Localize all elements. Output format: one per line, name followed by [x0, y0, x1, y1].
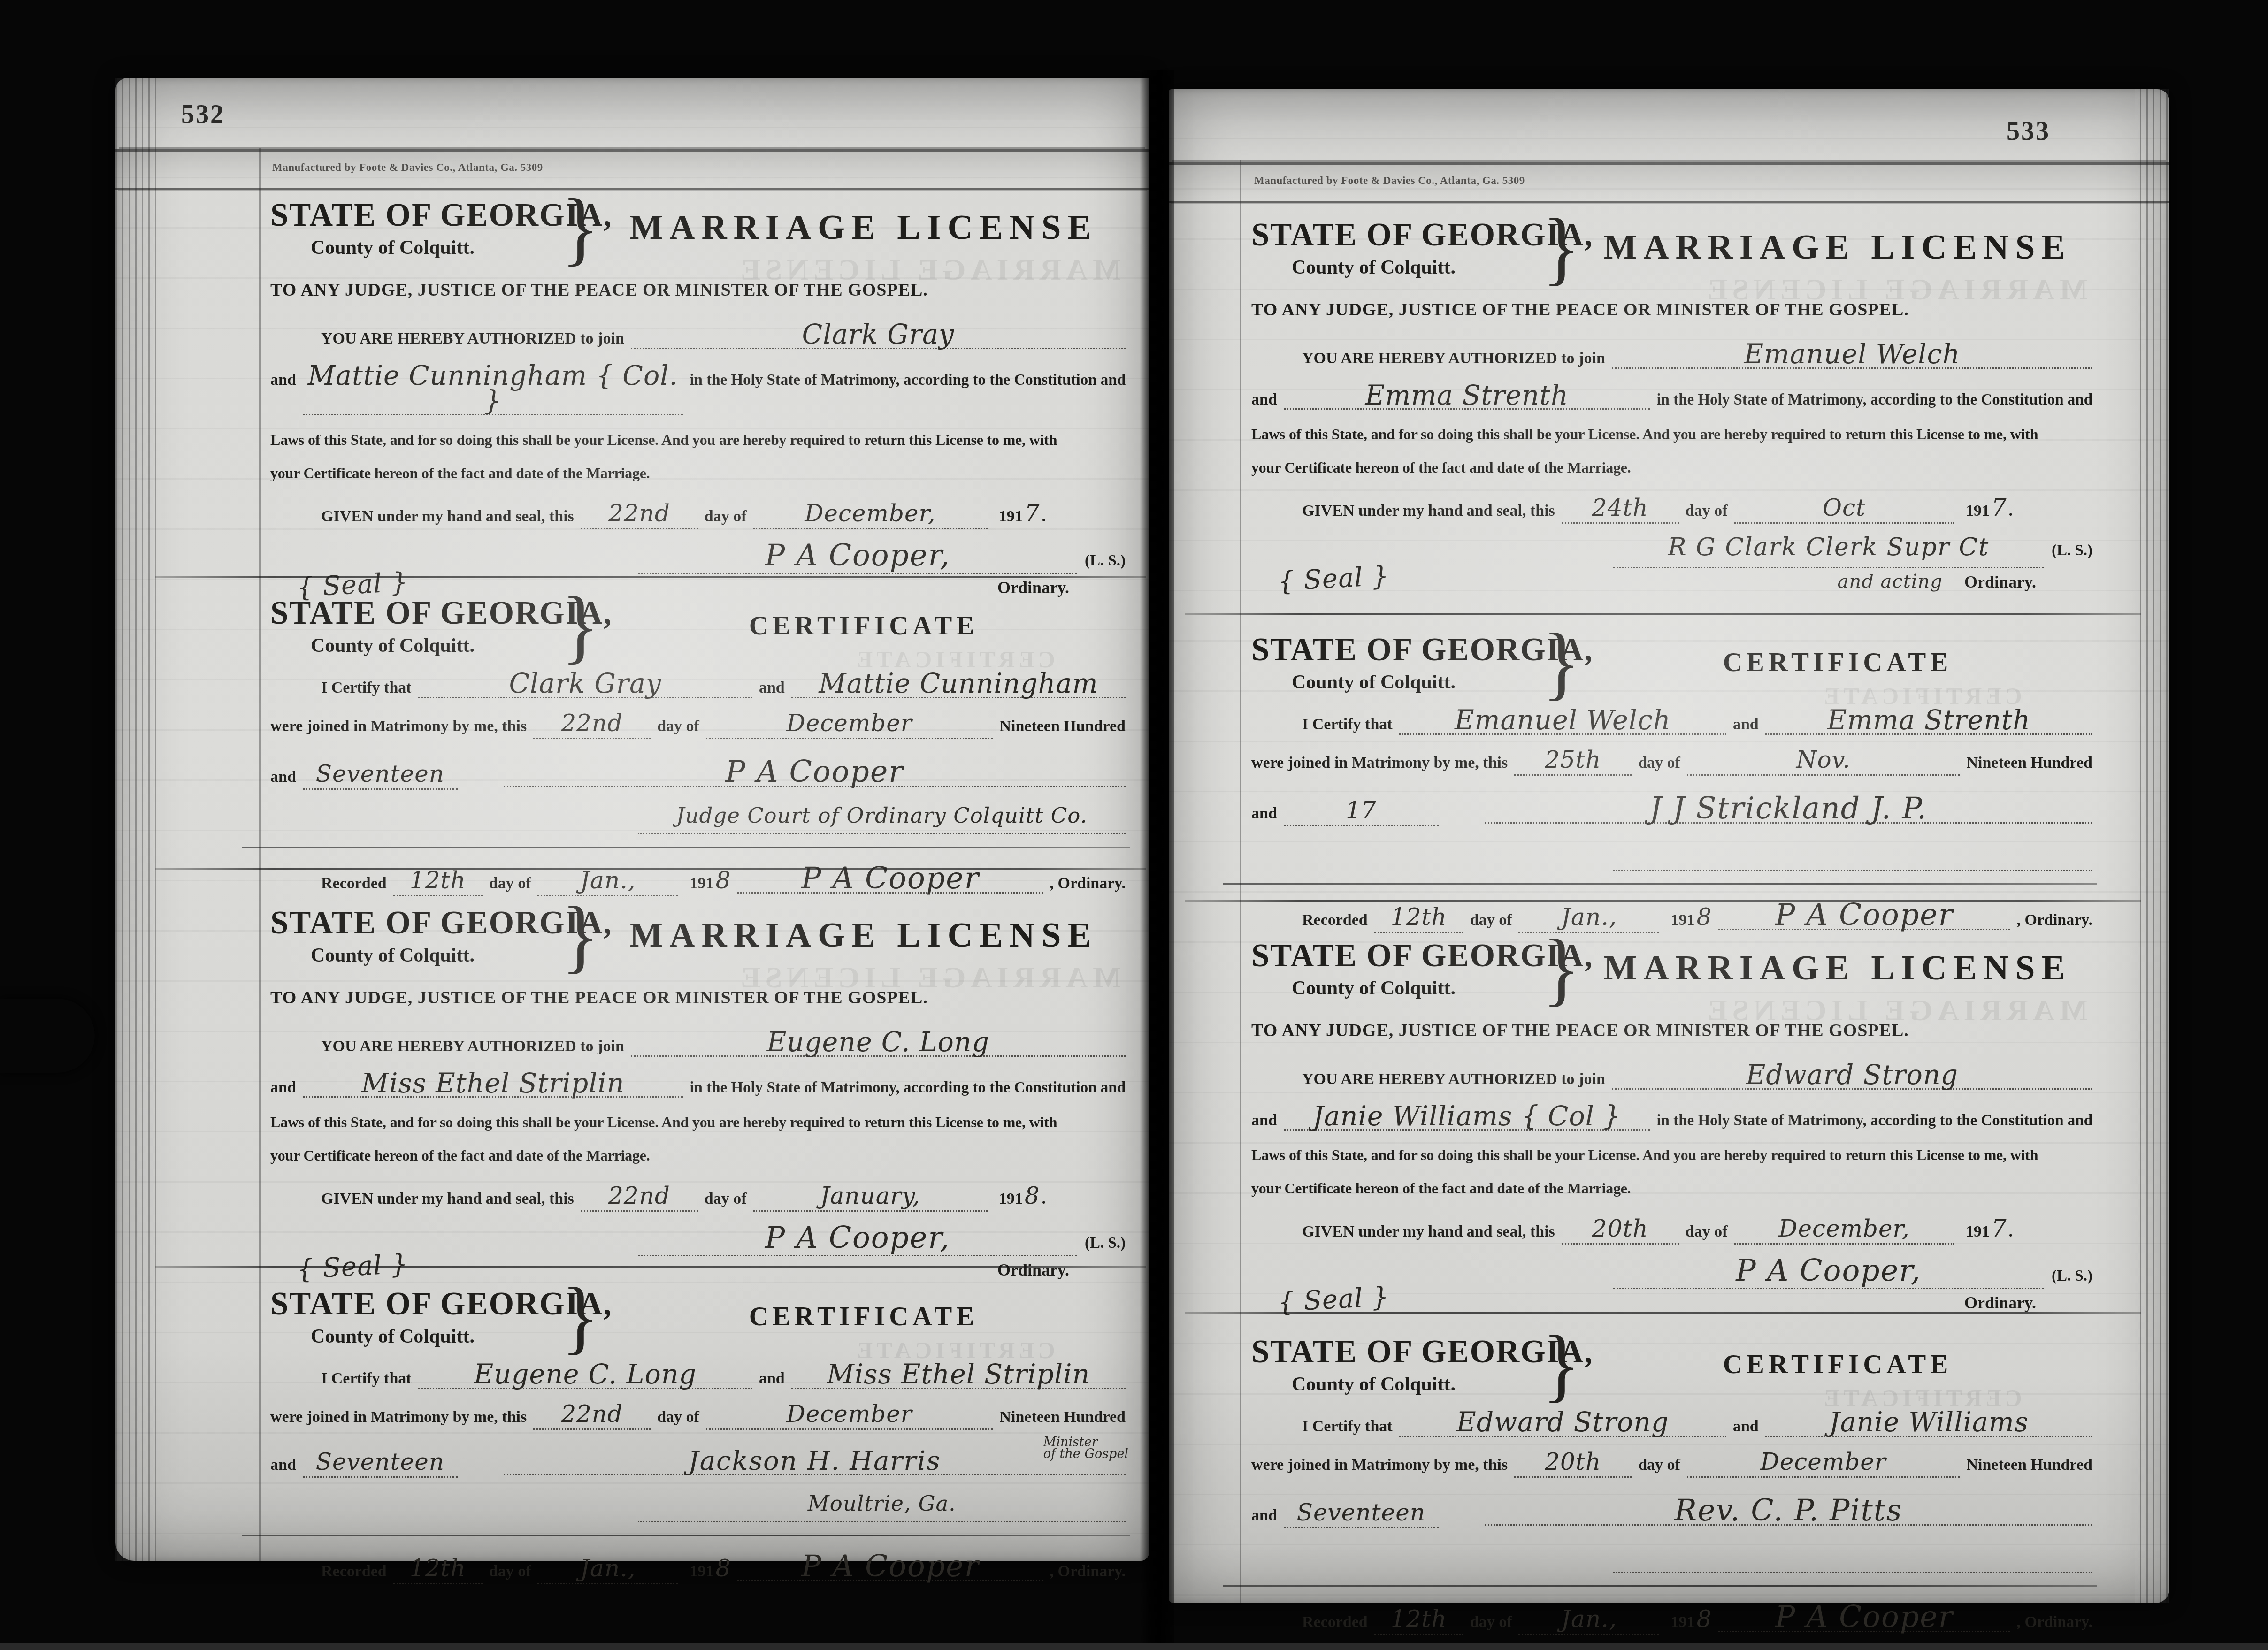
manufacturer-line: Manufactured by Foote & Davies Co., Atla…	[272, 161, 543, 174]
ordinary-signature: P A Cooper,	[1736, 1253, 1921, 1288]
groom-name-field: Edward Strong	[1612, 1062, 2092, 1089]
printed-text: GIVEN under my hand and seal, this	[1302, 1223, 1555, 1241]
recorded-month-field: Jan.,	[537, 1558, 678, 1584]
officiant-title-field	[1613, 842, 2092, 871]
page-number-left: 532	[181, 99, 225, 130]
printed-text: I Certify that	[321, 679, 412, 697]
bride-line: and Janie Williams { Col } in the Holy S…	[1251, 1104, 2092, 1131]
day-field: 22nd	[533, 1403, 651, 1430]
signature-note: and acting	[1838, 573, 1943, 590]
given-day: 22nd	[608, 500, 670, 527]
signature-subtitle: and acting Ordinary.	[1613, 572, 2036, 592]
printed-text: were joined in Matrimony by me, this	[1251, 754, 1508, 772]
state-heading: STATE OF GEORGIA,	[270, 595, 561, 632]
state-county-block: STATE OF GEORGIA, County of Colquitt.	[270, 595, 561, 657]
ordinary-suffix: , Ordinary.	[2016, 1613, 2092, 1631]
section-header: STATE OF GEORGIA, County of Colquitt. } …	[1251, 216, 2092, 279]
year-group: 1917.	[994, 503, 1046, 526]
state-county-block: STATE OF GEORGIA, County of Colquitt.	[270, 197, 561, 259]
day-field: 20th	[1562, 1218, 1679, 1245]
marriage-license-section: STATE OF GEORGIA, County of Colquitt. } …	[1251, 216, 2092, 592]
state-heading: STATE OF GEORGIA,	[270, 197, 561, 234]
bride-name: Emma Strenth	[1827, 705, 2030, 736]
printed-text: and	[759, 1370, 785, 1388]
printed-year-prefix: 191	[1670, 1613, 1694, 1631]
ls-abbrev: (L. S.)	[2052, 542, 2092, 559]
printed-text: I Certify that	[321, 1370, 412, 1388]
seal-annotation: { Seal }	[1277, 1284, 1390, 1315]
printed-text: day of	[1638, 754, 1680, 772]
given-line: GIVEN under my hand and seal, this 20th …	[1251, 1218, 2013, 1245]
margin-rule	[259, 148, 261, 1561]
recorded-day-field: 12th	[1374, 1608, 1463, 1635]
section-header: STATE OF GEORGIA, County of Colquitt. } …	[1251, 631, 2092, 694]
printed-text: YOU ARE HEREBY AUTHORIZED to join	[1302, 350, 1605, 367]
county-heading: County of Colquitt.	[1292, 1373, 1542, 1396]
brace-glyph: }	[1542, 935, 1583, 1001]
authorized-line: YOU ARE HEREBY AUTHORIZED to join Eugene…	[270, 1030, 1126, 1056]
given-line: GIVEN under my hand and seal, this 24th …	[1251, 497, 2013, 524]
printed-text: day of	[489, 1563, 531, 1581]
year-word: Seventeen	[316, 1448, 444, 1475]
ordinary-label: Ordinary.	[1964, 572, 2036, 592]
printed-year-prefix: 191	[690, 1563, 713, 1581]
certificate-clause-line: your Certificate hereon of the fact and …	[270, 465, 1126, 482]
state-county-block: STATE OF GEORGIA, County of Colquitt.	[1251, 216, 1542, 279]
certificate-section: STATE OF GEORGIA, County of Colquitt. } …	[270, 1285, 1126, 1584]
page-stack-edge-right	[2135, 89, 2169, 1603]
officiant-field: P A Cooper	[504, 758, 1126, 787]
book-page-left: 532 Manufactured by Foote & Davies Co., …	[115, 78, 1149, 1561]
printed-text: Recorded	[1302, 1613, 1368, 1631]
groom-name: Eugene C. Long	[767, 1027, 989, 1058]
recorded-day-field: 12th	[393, 1558, 483, 1584]
state-county-block: STATE OF GEORGIA, County of Colquitt.	[270, 904, 561, 967]
printed-text: day of	[705, 1190, 747, 1208]
state-county-block: STATE OF GEORGIA, County of Colquitt.	[1251, 1333, 1542, 1396]
section-divider	[1185, 1312, 2141, 1314]
groom-name-field: Edward Strong	[1399, 1410, 1726, 1436]
day-field: 25th	[1514, 749, 1632, 776]
signature-line-row: R G Clark Clerk Supr Ct (L. S.)	[1613, 536, 2092, 568]
bride-name-field: Janie Williams	[1765, 1410, 2092, 1436]
license-title: MARRIAGE LICENSE	[1583, 227, 2092, 267]
printed-text: and	[1251, 391, 1277, 409]
ls-abbrev: (L. S.)	[1085, 1235, 1126, 1252]
year-word: Seventeen	[1297, 1499, 1425, 1526]
ls-abbrev: (L. S.)	[1085, 552, 1126, 570]
recorded-day: 12th	[410, 867, 466, 894]
certificate-clause-line: your Certificate hereon of the fact and …	[1251, 459, 2092, 476]
addressee-line: TO ANY JUDGE, JUSTICE OF THE PEACE OR MI…	[1251, 1020, 2092, 1041]
printed-period: .	[1042, 1190, 1046, 1208]
state-heading: STATE OF GEORGIA,	[270, 904, 561, 941]
recorded-month: Jan.,	[1561, 1605, 1617, 1633]
section-divider	[1185, 613, 2141, 615]
year-digit: 7	[1992, 497, 2007, 519]
certificate-clause-line: your Certificate hereon of the fact and …	[1251, 1180, 2092, 1197]
month-field: Nov.	[1687, 749, 1960, 776]
signature-field: P A Cooper,	[638, 1224, 1077, 1256]
county-heading: County of Colquitt.	[311, 944, 561, 967]
page-stack-edge-left	[115, 78, 156, 1561]
officiant-title: Judge Court of Ordinary Colquitt Co.	[676, 803, 1088, 828]
section-header: STATE OF GEORGIA, County of Colquitt. } …	[270, 196, 1126, 259]
year-officiant-line: and 17 J J Strickland J. P.	[1251, 794, 2092, 826]
bride-name: Emma Strenth	[1365, 380, 1569, 411]
bride-name-field: Mattie Cunningham { Col. }	[303, 363, 683, 415]
recorded-month-field: Jan.,	[1518, 906, 1659, 933]
printed-text: I Certify that	[1302, 716, 1393, 733]
brace-glyph: }	[561, 195, 602, 261]
bride-name-field: Miss Ethel Striplin	[303, 1071, 683, 1098]
state-county-block: STATE OF GEORGIA, County of Colquitt.	[1251, 937, 1542, 1000]
rule-line	[242, 1535, 1130, 1536]
day-field: 22nd	[533, 712, 651, 739]
bride-line: and Miss Ethel Striplin in the Holy Stat…	[270, 1071, 1126, 1098]
book-page-right: 533 Manufactured by Foote & Davies Co., …	[1169, 89, 2169, 1603]
signature-line-row: P A Cooper, (L. S.)	[638, 542, 1126, 574]
recorder-signature: P A Cooper	[801, 1549, 980, 1583]
marriage-day: 22nd	[561, 1400, 623, 1428]
printed-text: and	[1251, 1507, 1277, 1525]
printed-text: and	[1251, 805, 1277, 823]
ordinary-signature: P A Cooper,	[765, 1221, 950, 1255]
state-county-block: STATE OF GEORGIA, County of Colquitt.	[1251, 631, 1542, 694]
printed-year-prefix: 191	[1966, 1223, 1990, 1241]
officiant-title: Moultrie, Ga.	[808, 1491, 956, 1516]
certificate-section: STATE OF GEORGIA, County of Colquitt. } …	[1251, 631, 2092, 933]
groom-name: Clark Gray	[802, 319, 955, 350]
officiant-title-field: Moultrie, Ga.	[638, 1494, 1126, 1522]
recorded-day: 12th	[1391, 903, 1447, 931]
certify-line: I Certify that Clark Gray and Mattie Cun…	[270, 671, 1126, 698]
month-field: December	[1687, 1451, 1960, 1478]
printed-text: day of	[489, 875, 531, 893]
addressee-line: TO ANY JUDGE, JUSTICE OF THE PEACE OR MI…	[270, 280, 1126, 300]
county-heading: County of Colquitt.	[1292, 256, 1542, 279]
printed-text: and	[759, 679, 785, 697]
printed-text: in the Holy State of Matrimony, accordin…	[1656, 391, 2092, 409]
county-heading: County of Colquitt.	[1292, 977, 1542, 1000]
printed-text: in the Holy State of Matrimony, accordin…	[1656, 1112, 2092, 1130]
signature-block: P A Cooper, (L. S.) Ordinary.	[638, 1224, 1126, 1280]
signature-row: { Seal } P A Cooper, (L. S.) Ordinary.	[270, 542, 1126, 597]
manufacturer-line: Manufactured by Foote & Davies Co., Atla…	[1254, 175, 1525, 187]
ls-abbrev: (L. S.)	[2052, 1268, 2092, 1285]
county-heading: County of Colquitt.	[311, 1325, 561, 1348]
printed-text: were joined in Matrimony by me, this	[270, 718, 527, 735]
officiant-signature: P A Cooper	[726, 755, 904, 789]
addressee-line: TO ANY JUDGE, JUSTICE OF THE PEACE OR MI…	[270, 987, 1126, 1008]
recorded-day-field: 12th	[393, 870, 483, 896]
officiant-title-field: Judge Court of Ordinary Colquitt Co.	[638, 806, 1126, 834]
certify-line: I Certify that Emanuel Welch and Emma St…	[1251, 708, 2092, 734]
brace-glyph: }	[1542, 1331, 1583, 1398]
bride-name: Janie Williams	[1829, 1407, 2029, 1438]
book-binding-gutter	[1140, 70, 1174, 1650]
bride-name: Miss Ethel Striplin	[827, 1359, 1090, 1390]
rule-line	[1223, 883, 2097, 885]
printed-text: Nineteen Hundred	[999, 718, 1126, 735]
year-digit: 8	[1696, 1608, 1712, 1631]
printed-text: Nineteen Hundred	[1966, 754, 2092, 772]
given-line: GIVEN under my hand and seal, this 22nd …	[270, 1185, 1046, 1212]
section-header: STATE OF GEORGIA, County of Colquitt. } …	[270, 904, 1126, 967]
state-county-block: STATE OF GEORGIA, County of Colquitt.	[270, 1285, 561, 1348]
certificate-title: CERTIFICATE	[1583, 647, 2092, 678]
printed-text: and	[1733, 716, 1759, 733]
recorded-month-field: Jan.,	[1518, 1608, 1659, 1635]
groom-name: Edward Strong	[1456, 1407, 1669, 1438]
signature-line-row: P A Cooper, (L. S.)	[638, 1224, 1126, 1256]
groom-name: Emanuel Welch	[1455, 705, 1671, 736]
year-officiant-line: and Seventeen Rev. C. P. Pitts	[1251, 1497, 2092, 1528]
printed-text: Nineteen Hundred	[1966, 1456, 2092, 1474]
clerk-signature: R G Clark Clerk Supr Ct	[1668, 533, 1989, 561]
signature-subtitle: Ordinary.	[638, 1260, 1069, 1280]
authorized-line: YOU ARE HEREBY AUTHORIZED to join Clark …	[270, 322, 1126, 349]
month-field: Oct	[1734, 497, 1954, 524]
section-divider	[1185, 900, 2141, 902]
signature-subtitle: Ordinary.	[1613, 1293, 2036, 1313]
recorded-month: Jan.,	[580, 1555, 636, 1582]
marriage-month: December	[787, 710, 912, 737]
year-digit: 8	[715, 1558, 731, 1580]
printed-period: .	[1042, 508, 1046, 526]
section-header: STATE OF GEORGIA, County of Colquitt. } …	[270, 1285, 1126, 1348]
bride-name-field: Mattie Cunningham	[791, 671, 1126, 698]
signature-field: P A Cooper,	[1613, 1257, 2044, 1289]
given-month: January,	[820, 1182, 920, 1209]
signature-field: P A Cooper,	[638, 542, 1077, 574]
bride-line: and Emma Strenth in the Holy State of Ma…	[1251, 383, 2092, 410]
printed-text: in the Holy State of Matrimony, accordin…	[690, 372, 1126, 389]
year-officiant-line: and Seventeen P A Cooper	[270, 758, 1126, 790]
marriage-license-section: STATE OF GEORGIA, County of Colquitt. } …	[270, 904, 1126, 1280]
given-day: 22nd	[608, 1182, 670, 1209]
ordinary-label: Ordinary.	[997, 1260, 1069, 1280]
recorded-line: Recorded 12th day of Jan., 1918 P A Coop…	[270, 1552, 1126, 1584]
officiant-field: Jackson H. Harris Minister of the Gospel	[504, 1449, 1126, 1475]
certificate-section: STATE OF GEORGIA, County of Colquitt. } …	[1251, 1333, 2092, 1635]
officiant-signature: Rev. C. P. Pitts	[1674, 1493, 1902, 1528]
signature-row: { Seal } P A Cooper, (L. S.) Ordinary.	[1251, 1257, 2092, 1313]
recorded-day: 12th	[1391, 1605, 1447, 1633]
certificate-clause-line: your Certificate hereon of the fact and …	[270, 1147, 1126, 1164]
given-day: 24th	[1592, 494, 1648, 521]
certificate-title: CERTIFICATE	[602, 611, 1126, 641]
certify-line: I Certify that Edward Strong and Janie W…	[1251, 1410, 2092, 1436]
signature-block: R G Clark Clerk Supr Ct (L. S.) and acti…	[1613, 536, 2092, 592]
license-title: MARRIAGE LICENSE	[602, 915, 1126, 955]
given-month: December,	[1778, 1215, 1910, 1242]
printed-text: in the Holy State of Matrimony, accordin…	[690, 1079, 1126, 1097]
officiant-signature: Jackson H. Harris	[688, 1446, 941, 1476]
day-field: 24th	[1562, 497, 1679, 524]
printed-text: day of	[1686, 502, 1728, 520]
state-heading: STATE OF GEORGIA,	[1251, 937, 1542, 974]
marriage-license-section: STATE OF GEORGIA, County of Colquitt. } …	[1251, 937, 2092, 1313]
signature-row: { Seal } P A Cooper, (L. S.) Ordinary.	[270, 1224, 1126, 1280]
certificate-title: CERTIFICATE	[1583, 1349, 2092, 1380]
recorded-line: Recorded 12th day of Jan., 1918 P A Coop…	[1251, 1603, 2092, 1635]
printed-year-prefix: 191	[1670, 911, 1694, 929]
officiant-field: J J Strickland J. P.	[1485, 794, 2092, 824]
year-word-field: Seventeen	[1284, 1502, 1439, 1528]
officiant-title-line	[1251, 842, 2092, 871]
officiant-role-bottom: of the Gospel	[1043, 1448, 1128, 1460]
printed-text: and	[270, 1456, 296, 1474]
groom-name-field: Eugene C. Long	[631, 1030, 1126, 1056]
printed-text: Nineteen Hundred	[999, 1408, 1126, 1426]
year-word: Seventeen	[316, 760, 444, 787]
year-word-field: Seventeen	[303, 1451, 458, 1478]
given-month: Oct	[1823, 494, 1866, 521]
county-heading: County of Colquitt.	[1292, 671, 1542, 694]
signature-row: { Seal } R G Clark Clerk Supr Ct (L. S.)…	[1251, 536, 2092, 592]
groom-name-field: Eugene C. Long	[418, 1362, 752, 1389]
printed-text: and	[270, 371, 296, 389]
officiant-title-line	[1251, 1544, 2092, 1573]
section-divider	[155, 576, 1146, 578]
section-divider	[155, 1266, 1146, 1268]
given-month: December,	[805, 500, 936, 527]
officiant-signature: J J Strickland J. P.	[1650, 791, 1927, 825]
printed-text: day of	[1470, 911, 1512, 929]
laws-line: Laws of this State, and for so doing thi…	[270, 431, 1126, 449]
year-word-field: 17	[1284, 800, 1439, 826]
year-officiant-line: and Seventeen Jackson H. Harris Minister…	[270, 1449, 1126, 1478]
year-word-field: Seventeen	[303, 763, 458, 790]
groom-name: Eugene C. Long	[474, 1359, 697, 1390]
laws-line: Laws of this State, and for so doing thi…	[1251, 1146, 2092, 1164]
groom-name-field: Emanuel Welch	[1399, 708, 1726, 734]
marriage-day: 22nd	[561, 710, 623, 737]
marriage-day: 25th	[1545, 746, 1601, 773]
groom-name-field: Clark Gray	[418, 671, 752, 698]
printed-text: and	[1251, 1112, 1277, 1130]
year-group: 1917.	[1961, 497, 2013, 520]
license-title: MARRIAGE LICENSE	[602, 207, 1126, 248]
printed-text: day of	[1638, 1456, 1680, 1474]
printed-year-prefix: 191	[999, 1190, 1023, 1208]
printed-text: day of	[657, 718, 699, 735]
authorized-line: YOU ARE HEREBY AUTHORIZED to join Edward…	[1251, 1062, 2092, 1089]
day-field: 20th	[1514, 1451, 1632, 1478]
ordinary-signature: P A Cooper,	[765, 538, 950, 573]
marriage-month: December	[787, 1400, 912, 1428]
state-heading: STATE OF GEORGIA,	[270, 1285, 561, 1322]
rule-line	[1223, 1585, 2097, 1587]
printed-text: and	[1733, 1418, 1759, 1436]
year-group: 1918	[1666, 906, 1712, 929]
recorded-day: 12th	[410, 1555, 466, 1582]
signature-block: P A Cooper, (L. S.) Ordinary.	[638, 542, 1126, 597]
month-field: December	[706, 712, 993, 739]
margin-rule	[1240, 160, 1241, 1603]
section-header: STATE OF GEORGIA, County of Colquitt. } …	[1251, 937, 2092, 1000]
county-heading: County of Colquitt.	[311, 634, 561, 657]
year-digit: 7	[1025, 503, 1040, 525]
printed-year-prefix: 191	[1966, 502, 1990, 520]
year-word: 17	[1346, 797, 1377, 824]
officiant-role-note: Minister of the Gospel	[1043, 1436, 1128, 1460]
ordinary-suffix: , Ordinary.	[1050, 1563, 1126, 1581]
printed-text: day of	[1686, 1223, 1728, 1241]
page-top-rules	[115, 149, 1149, 190]
bride-name-field: Emma Strenth	[1765, 708, 2092, 734]
printed-text: YOU ARE HEREBY AUTHORIZED to join	[321, 330, 624, 348]
printed-text: I Certify that	[1302, 1418, 1393, 1436]
printed-text: YOU ARE HEREBY AUTHORIZED to join	[1302, 1070, 1605, 1088]
joined-line: were joined in Matrimony by me, this 20t…	[1251, 1451, 2092, 1478]
recorded-month-field: Jan.,	[537, 870, 678, 896]
officiant-title-line: Moultrie, Ga.	[270, 1494, 1126, 1522]
signature-field: R G Clark Clerk Supr Ct	[1613, 536, 2044, 568]
scanner-edge-strip	[0, 1643, 2268, 1650]
given-line: GIVEN under my hand and seal, this 22nd …	[270, 503, 1046, 529]
ordinary-label: Ordinary.	[1964, 1293, 2036, 1313]
authorized-line: YOU ARE HEREBY AUTHORIZED to join Emanue…	[1251, 342, 2092, 368]
printed-year-prefix: 191	[999, 508, 1023, 526]
bride-name: Mattie Cunningham	[819, 668, 1098, 699]
groom-name: Edward Strong	[1746, 1060, 1958, 1091]
bride-name-field: Janie Williams { Col }	[1284, 1104, 1650, 1131]
bride-name: Mattie Cunningham { Col. }	[308, 360, 678, 417]
groom-name-field: Clark Gray	[631, 322, 1126, 349]
laws-line: Laws of this State, and for so doing thi…	[270, 1114, 1126, 1131]
printed-text: day of	[1470, 1613, 1512, 1631]
given-day: 20th	[1592, 1215, 1648, 1242]
year-group: 1917.	[1961, 1218, 2013, 1241]
groom-name: Clark Gray	[509, 668, 661, 699]
year-digit: 8	[715, 870, 731, 892]
month-field: January,	[753, 1185, 988, 1212]
printed-text: and	[270, 768, 296, 786]
month-field: December,	[1734, 1218, 1954, 1245]
section-divider	[155, 868, 1146, 870]
thumb-notch	[0, 999, 95, 1073]
laws-line: Laws of this State, and for so doing thi…	[1251, 426, 2092, 443]
bride-name: Miss Ethel Striplin	[361, 1068, 625, 1099]
printed-year-prefix: 191	[690, 875, 713, 893]
ordinary-suffix: , Ordinary.	[1050, 875, 1126, 893]
recorder-field: P A Cooper	[737, 1552, 1043, 1582]
year-group: 1918.	[994, 1185, 1046, 1208]
printed-text: Recorded	[321, 1563, 387, 1581]
year-group: 1918	[1666, 1608, 1712, 1631]
year-digit: 7	[1992, 1218, 2007, 1240]
seal-annotation: { Seal }	[1277, 564, 1390, 595]
printed-text: GIVEN under my hand and seal, this	[321, 1190, 574, 1208]
marriage-day: 20th	[1545, 1448, 1601, 1475]
bride-line: and Mattie Cunningham { Col. } in the Ho…	[270, 363, 1126, 415]
brace-glyph: }	[561, 1283, 602, 1350]
bride-name: Janie Williams { Col }	[1313, 1101, 1621, 1132]
brace-glyph: }	[561, 593, 602, 659]
groom-name-field: Emanuel Welch	[1612, 342, 2092, 368]
marriage-month: December	[1761, 1448, 1886, 1475]
scanned-record-book: 532 Manufactured by Foote & Davies Co., …	[0, 0, 2268, 1650]
joined-line: were joined in Matrimony by me, this 22n…	[270, 712, 1126, 739]
addressee-line: TO ANY JUDGE, JUSTICE OF THE PEACE OR MI…	[1251, 299, 2092, 320]
recorder-field: P A Cooper	[1718, 901, 2010, 931]
officiant-title-line: Judge Court of Ordinary Colquitt Co.	[270, 806, 1126, 834]
brace-glyph: }	[1542, 214, 1583, 281]
month-field: December	[706, 1403, 993, 1430]
printed-text: YOU ARE HEREBY AUTHORIZED to join	[321, 1038, 624, 1055]
